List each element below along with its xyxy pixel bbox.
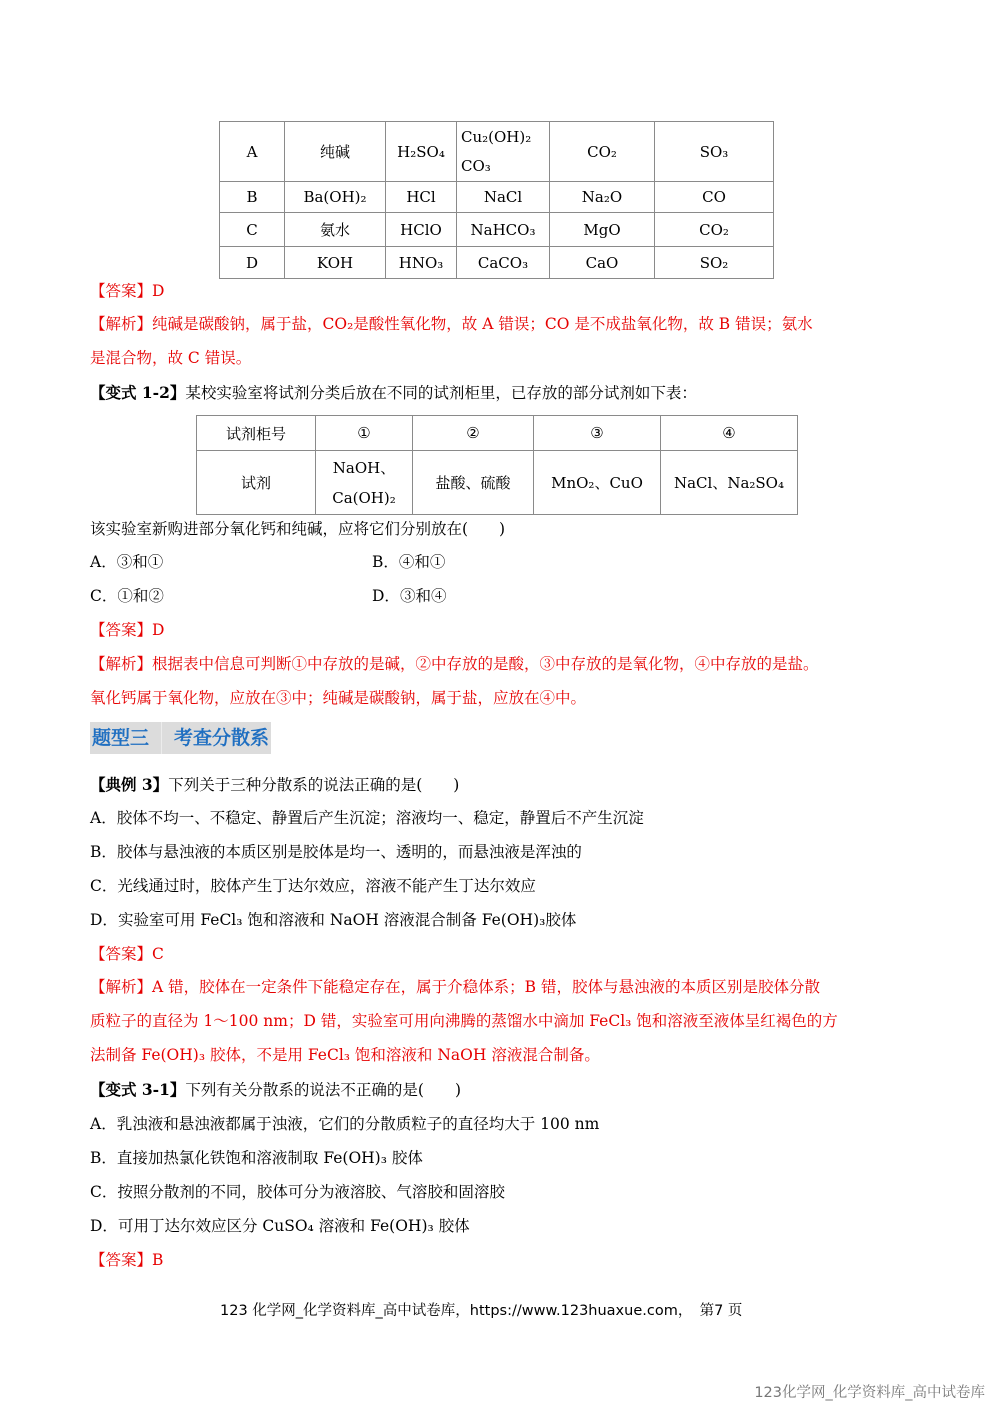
- table-row: A 纯碱 H₂SO₄ Cu₂(OH)₂ CO₃ CO₂ SO₃: [220, 122, 774, 182]
- option-key: B．: [90, 843, 117, 861]
- reagent-cabinet-table: 试剂柜号 ① ② ③ ④ 试剂 NaOH、 Ca(OH)₂ 盐酸、硫酸 MnO₂…: [196, 415, 798, 515]
- table-cell: CO₂: [550, 122, 655, 182]
- table-cell: HClO: [386, 213, 457, 247]
- table-cell: HCl: [386, 182, 457, 213]
- option-key: A．: [90, 1115, 117, 1133]
- table-cell: CaO: [550, 247, 655, 279]
- table-cell: KOH: [285, 247, 386, 279]
- option-text: 按照分散剂的不同，胶体可分为液溶胶、气溶胶和固溶胶: [117, 1183, 505, 1201]
- table-cell: NaOH、 Ca(OH)₂: [316, 451, 413, 515]
- option-key: C．: [90, 1183, 117, 1201]
- question-text: 该实验室新购进部分氧化钙和纯碱，应将它们分别放在( ): [90, 519, 505, 539]
- table-cell: NaHCO₃: [457, 213, 550, 247]
- option-key: A．: [90, 809, 117, 827]
- row-label: A: [220, 122, 285, 182]
- table-cell: 盐酸、硫酸: [413, 451, 534, 515]
- option-text: 光线通过时，胶体产生丁达尔效应，溶液不能产生丁达尔效应: [117, 877, 536, 895]
- table-row: C 氨水 HClO NaHCO₃ MgO CO₂: [220, 213, 774, 247]
- cabinet-number: ①: [316, 416, 413, 451]
- table-row: 试剂柜号 ① ② ③ ④: [197, 416, 798, 451]
- cell-line: Cu₂(OH)₂: [461, 123, 545, 152]
- option-text: ④和①: [399, 553, 446, 571]
- table-cell: SO₃: [655, 122, 774, 182]
- analysis-text: 法制备 Fe(OH)₃ 胶体，不是用 FeCl₃ 饱和溶液和 NaOH 溶液混合…: [90, 1045, 600, 1065]
- answer-tag: 【答案】: [90, 621, 152, 639]
- answer-value: B: [152, 1251, 163, 1269]
- analysis-text: 是混合物，故 C 错误。: [90, 348, 251, 368]
- option-d[interactable]: D．实验室可用 FeCl₃ 饱和溶液和 NaOH 溶液混合制备 Fe(OH)₃胶…: [90, 910, 576, 930]
- question-stem: 【变式 3-1】下列有关分散系的说法不正确的是( ): [90, 1080, 461, 1100]
- analysis-text: A 错，胶体在一定条件下能稳定存在，属于介稳体系；B 错，胶体与悬浊液的本质区别…: [152, 978, 820, 996]
- section-heading: 题型三考查分散系: [90, 722, 271, 754]
- table-row: B Ba(OH)₂ HCl NaCl Na₂O CO: [220, 182, 774, 213]
- analysis-line: 【解析】纯碱是碳酸钠，属于盐，CO₂是酸性氧化物，故 A 错误；CO 是不成盐氧…: [90, 314, 813, 334]
- analysis-text: 根据表中信息可判断①中存放的是碱，②中存放的是酸，③中存放的是氧化物，④中存放的…: [152, 655, 819, 673]
- table-cell: MnO₂、CuO: [534, 451, 661, 515]
- question-tag: 【典例 3】: [90, 775, 168, 794]
- question-tag: 【变式 3-1】: [90, 1080, 185, 1099]
- table-row: 试剂 NaOH、 Ca(OH)₂ 盐酸、硫酸 MnO₂、CuO NaCl、Na₂…: [197, 451, 798, 515]
- analysis-text: 质粒子的直径为 1～100 nm；D 错，实验室可用向沸腾的蒸馏水中滴加 FeC…: [90, 1011, 838, 1031]
- option-b[interactable]: B．胶体与悬浊液的本质区别是胶体是均一、透明的，而悬浊液是浑浊的: [90, 842, 582, 862]
- answer-value: D: [152, 282, 164, 300]
- option-text: ①和②: [117, 587, 164, 605]
- option-text: 实验室可用 FeCl₃ 饱和溶液和 NaOH 溶液混合制备 Fe(OH)₃胶体: [118, 911, 576, 929]
- analysis-tag: 【解析】: [90, 315, 152, 333]
- option-a[interactable]: A．乳浊液和悬浊液都属于浊液，它们的分散质粒子的直径均大于 100 nm: [90, 1114, 599, 1134]
- row-label: 试剂: [197, 451, 316, 515]
- option-d[interactable]: D．可用丁达尔效应区分 CuSO₄ 溶液和 Fe(OH)₃ 胶体: [90, 1216, 470, 1236]
- option-text: ③和④: [400, 587, 447, 605]
- answer-line: 【答案】C: [90, 944, 164, 964]
- option-key: D．: [90, 1217, 118, 1235]
- answer-tag: 【答案】: [90, 1251, 152, 1269]
- cabinet-number: ③: [534, 416, 661, 451]
- option-text: 可用丁达尔效应区分 CuSO₄ 溶液和 Fe(OH)₃ 胶体: [118, 1217, 470, 1235]
- table-cell: 纯碱: [285, 122, 386, 182]
- watermark: 123化学网_化学资料库_高中试卷库: [754, 1381, 985, 1402]
- option-text: 胶体与悬浊液的本质区别是胶体是均一、透明的，而悬浊液是浑浊的: [117, 843, 582, 861]
- classification-table: A 纯碱 H₂SO₄ Cu₂(OH)₂ CO₃ CO₂ SO₃ B Ba(OH)…: [219, 121, 774, 279]
- answer-value: C: [152, 945, 164, 963]
- option-text: ③和①: [117, 553, 164, 571]
- option-a[interactable]: A．胶体不均一、不稳定、静置后产生沉淀；溶液均一、稳定，静置后不产生沉淀: [90, 808, 644, 828]
- option-text: 胶体不均一、不稳定、静置后产生沉淀；溶液均一、稳定，静置后不产生沉淀: [117, 809, 644, 827]
- option-text: 直接加热氯化铁饱和溶液制取 Fe(OH)₃ 胶体: [117, 1149, 423, 1167]
- cell-line: CO₃: [461, 152, 545, 181]
- option-b[interactable]: B．直接加热氯化铁饱和溶液制取 Fe(OH)₃ 胶体: [90, 1148, 423, 1168]
- cell-line: NaOH、: [320, 453, 408, 483]
- cell-line: Ca(OH)₂: [320, 483, 408, 513]
- option-key: B．: [90, 1149, 117, 1167]
- table-cell: CO: [655, 182, 774, 213]
- divider: [161, 722, 162, 754]
- stem-text: 下列关于三种分散系的说法正确的是( ): [168, 776, 459, 794]
- analysis-line: 【解析】根据表中信息可判断①中存放的是碱，②中存放的是酸，③中存放的是氧化物，④…: [90, 654, 819, 674]
- section-number: 题型三: [92, 722, 149, 754]
- analysis-text: 氧化钙属于氧化物，应放在③中；纯碱是碳酸钠，属于盐，应放在④中。: [90, 688, 586, 708]
- answer-line: 【答案】B: [90, 1250, 163, 1270]
- answer-value: D: [152, 621, 164, 639]
- row-label: D: [220, 247, 285, 279]
- option-key: C．: [90, 587, 117, 605]
- table-cell: H₂SO₄: [386, 122, 457, 182]
- answer-line: 【答案】D: [90, 620, 164, 640]
- question-stem: 【变式 1-2】某校实验室将试剂分类后放在不同的试剂柜里，已存放的部分试剂如下表…: [90, 383, 697, 403]
- row-label: C: [220, 213, 285, 247]
- table-cell: MgO: [550, 213, 655, 247]
- analysis-line: 【解析】A 错，胶体在一定条件下能稳定存在，属于介稳体系；B 错，胶体与悬浊液的…: [90, 977, 820, 997]
- option-c[interactable]: C．①和②: [90, 586, 164, 606]
- row-label: B: [220, 182, 285, 213]
- question-stem: 【典例 3】下列关于三种分散系的说法正确的是( ): [90, 775, 459, 795]
- table-cell: Na₂O: [550, 182, 655, 213]
- analysis-text: 纯碱是碳酸钠，属于盐，CO₂是酸性氧化物，故 A 错误；CO 是不成盐氧化物，故…: [152, 315, 813, 333]
- page-footer: 123 化学网_化学资料库_高中试卷库，https://www.123huaxu…: [220, 1299, 742, 1320]
- option-key: B．: [372, 553, 399, 571]
- table-cell: HNO₃: [386, 247, 457, 279]
- cabinet-number: ④: [661, 416, 798, 451]
- option-b[interactable]: B．④和①: [372, 552, 445, 572]
- stem-text: 某校实验室将试剂分类后放在不同的试剂柜里，已存放的部分试剂如下表：: [185, 384, 697, 402]
- header-cell: 试剂柜号: [197, 416, 316, 451]
- option-d[interactable]: D．③和④: [372, 586, 446, 606]
- table-cell: Cu₂(OH)₂ CO₃: [457, 122, 550, 182]
- table-cell: SO₂: [655, 247, 774, 279]
- analysis-tag: 【解析】: [90, 655, 152, 673]
- table-cell: CaCO₃: [457, 247, 550, 279]
- section-title: 考查分散系: [174, 722, 269, 754]
- question-tag: 【变式 1-2】: [90, 383, 185, 402]
- table-cell: NaCl、Na₂SO₄: [661, 451, 798, 515]
- option-text: 乳浊液和悬浊液都属于浊液，它们的分散质粒子的直径均大于 100 nm: [117, 1115, 600, 1133]
- stem-text: 下列有关分散系的说法不正确的是( ): [185, 1081, 461, 1099]
- table-cell: CO₂: [655, 213, 774, 247]
- option-c[interactable]: C．按照分散剂的不同，胶体可分为液溶胶、气溶胶和固溶胶: [90, 1182, 505, 1202]
- table-cell: NaCl: [457, 182, 550, 213]
- answer-line: 【答案】D: [90, 281, 164, 301]
- option-key: D．: [90, 911, 118, 929]
- option-c[interactable]: C．光线通过时，胶体产生丁达尔效应，溶液不能产生丁达尔效应: [90, 876, 536, 896]
- answer-tag: 【答案】: [90, 282, 152, 300]
- option-a[interactable]: A．③和①: [90, 552, 163, 572]
- answer-tag: 【答案】: [90, 945, 152, 963]
- cabinet-number: ②: [413, 416, 534, 451]
- table-row: D KOH HNO₃ CaCO₃ CaO SO₂: [220, 247, 774, 279]
- analysis-tag: 【解析】: [90, 978, 152, 996]
- option-key: D．: [372, 587, 400, 605]
- table-cell: 氨水: [285, 213, 386, 247]
- option-key: A．: [90, 553, 117, 571]
- table-cell: Ba(OH)₂: [285, 182, 386, 213]
- option-key: C．: [90, 877, 117, 895]
